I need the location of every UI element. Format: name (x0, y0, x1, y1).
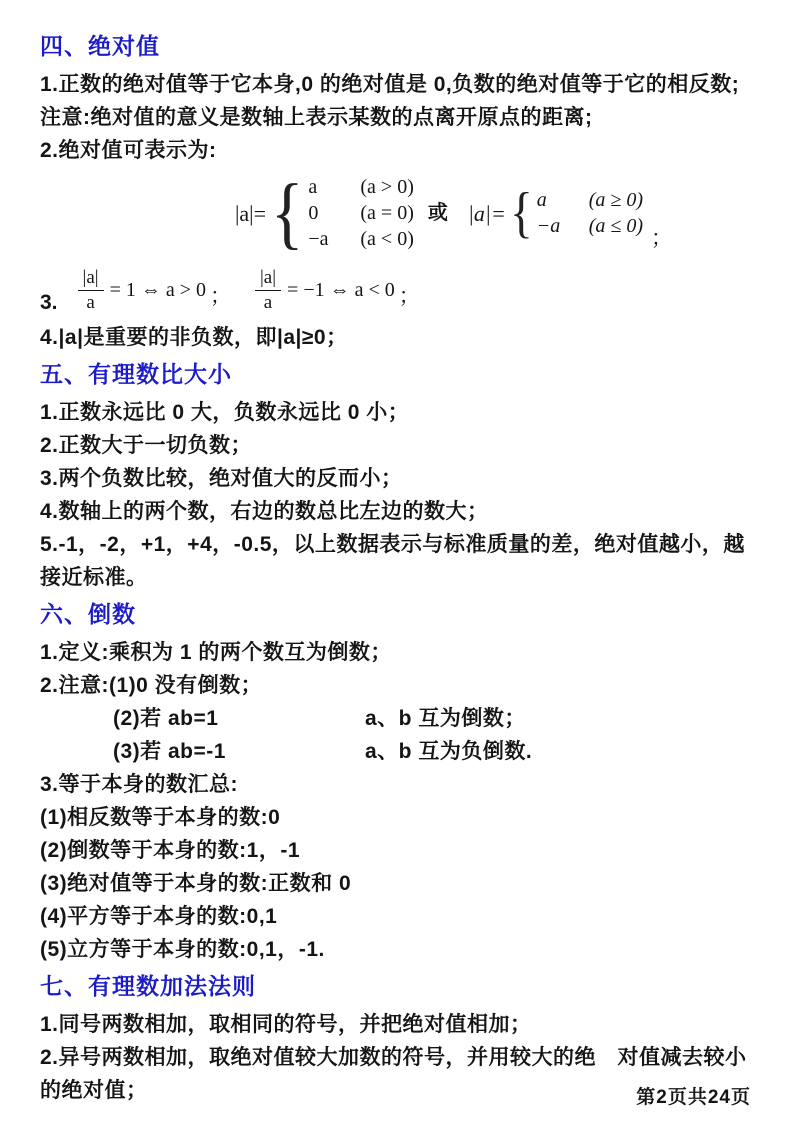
text-line: (4)平方等于本身的数:0,1 (40, 900, 753, 933)
condition-row: (3)若 ab=-1 a、b 互为负倒数. (40, 735, 753, 768)
or-connector: 或 (428, 197, 448, 230)
section-reciprocal: 六、倒数 1.定义:乘积为 1 的两个数互为倒数； 2.注意:(1)0 没有倒数… (40, 599, 753, 966)
punctuation: ； (399, 280, 420, 313)
condition-right: a、b 互为负倒数. (365, 735, 532, 768)
formula-end-punctuation: ； (651, 222, 672, 255)
case-row: 0(a = 0) (308, 200, 413, 226)
left-brace: { (271, 177, 304, 249)
fraction-abs-a-over-a: |a| a (255, 267, 281, 314)
text-line: 3.等于本身的数汇总: (40, 768, 753, 801)
section-absolute-value: 四、绝对值 1.正数的绝对值等于它本身,0 的绝对值是 0,负数的绝对值等于它的… (40, 31, 753, 354)
section-title: 七、有理数加法法则 (40, 971, 753, 1001)
text-line: (5)立方等于本身的数:0,1，-1. (40, 933, 753, 966)
left-brace: { (510, 188, 533, 238)
text-line: (3)绝对值等于本身的数:正数和 0 (40, 867, 753, 900)
text-line: 5.-1，-2，+1，+4，-0.5，以上数据表示与标准质量的差，绝对值越小，越… (40, 528, 753, 594)
text-line: 2.绝对值可表示为: (40, 134, 753, 167)
fraction-equivalence-line: 3. |a| a = 1 ⇔ a > 0 ； |a| a = −1 ⇔ a < … (40, 261, 753, 319)
text-line: 2.正数大于一切负数； (40, 429, 753, 462)
case-row: −a(a ≤ 0) (537, 213, 643, 239)
condition-left: (3)若 ab=-1 (113, 735, 365, 768)
piecewise-cases: a(a ≥ 0) −a(a ≤ 0) (537, 187, 643, 239)
text-line: 1.正数永远比 0 大，负数永远比 0 小； (40, 396, 753, 429)
section-compare-rationals: 五、有理数比大小 1.正数永远比 0 大，负数永远比 0 小； 2.正数大于一切… (40, 359, 753, 594)
text-line: 4.|a|是重要的非负数，即|a|≥0； (40, 321, 753, 354)
condition-row: (2)若 ab=1 a、b 互为倒数； (40, 702, 753, 735)
text-line: 2.注意:(1)0 没有倒数； (40, 669, 753, 702)
formula-lhs: |a|= (235, 197, 266, 230)
punctuation: ； (210, 280, 231, 313)
case-row: a(a ≥ 0) (537, 187, 643, 213)
text-line: 注意:绝对值的意义是数轴上表示某数的点离开原点的距离; (40, 101, 753, 134)
relation-text: = −1 ⇔ a < 0 (287, 274, 395, 307)
page-number-footer: 第2页共24页 (636, 1081, 751, 1114)
text-line: 1.同号两数相加，取相同的符号，并把绝对值相加； (40, 1008, 753, 1041)
absolute-value-piecewise-formula: |a|= { a(a > 0) 0(a = 0) −a(a < 0) 或 |a|… (235, 171, 753, 255)
text-line: 1.定义:乘积为 1 的两个数互为倒数； (40, 636, 753, 669)
case-row: −a(a < 0) (308, 226, 413, 252)
text-line: 4.数轴上的两个数，右边的数总比左边的数大； (40, 495, 753, 528)
section-title: 六、倒数 (40, 599, 753, 629)
page-content: 四、绝对值 1.正数的绝对值等于它本身,0 的绝对值是 0,负数的绝对值等于它的… (0, 0, 793, 1107)
piecewise-cases: a(a > 0) 0(a = 0) −a(a < 0) (308, 174, 413, 252)
text-line: 1.正数的绝对值等于它本身,0 的绝对值是 0,负数的绝对值等于它的相反数; (40, 68, 753, 101)
text-line: 3.两个负数比较，绝对值大的反而小； (40, 462, 753, 495)
document-page: 四、绝对值 1.正数的绝对值等于它本身,0 的绝对值是 0,负数的绝对值等于它的… (0, 0, 793, 1122)
condition-right: a、b 互为倒数； (365, 702, 526, 735)
condition-left: (2)若 ab=1 (113, 702, 365, 735)
case-row: a(a > 0) (308, 174, 413, 200)
relation-text: = 1 ⇔ a > 0 (110, 274, 206, 307)
section-title: 五、有理数比大小 (40, 359, 753, 389)
text-line: (2)倒数等于本身的数:1，-1 (40, 834, 753, 867)
formula-lhs: |a|= (468, 197, 506, 230)
fraction-abs-a-over-a: |a| a (78, 267, 104, 314)
item-number: 3. (40, 286, 58, 319)
text-line: (1)相反数等于本身的数:0 (40, 801, 753, 834)
section-title: 四、绝对值 (40, 31, 753, 61)
